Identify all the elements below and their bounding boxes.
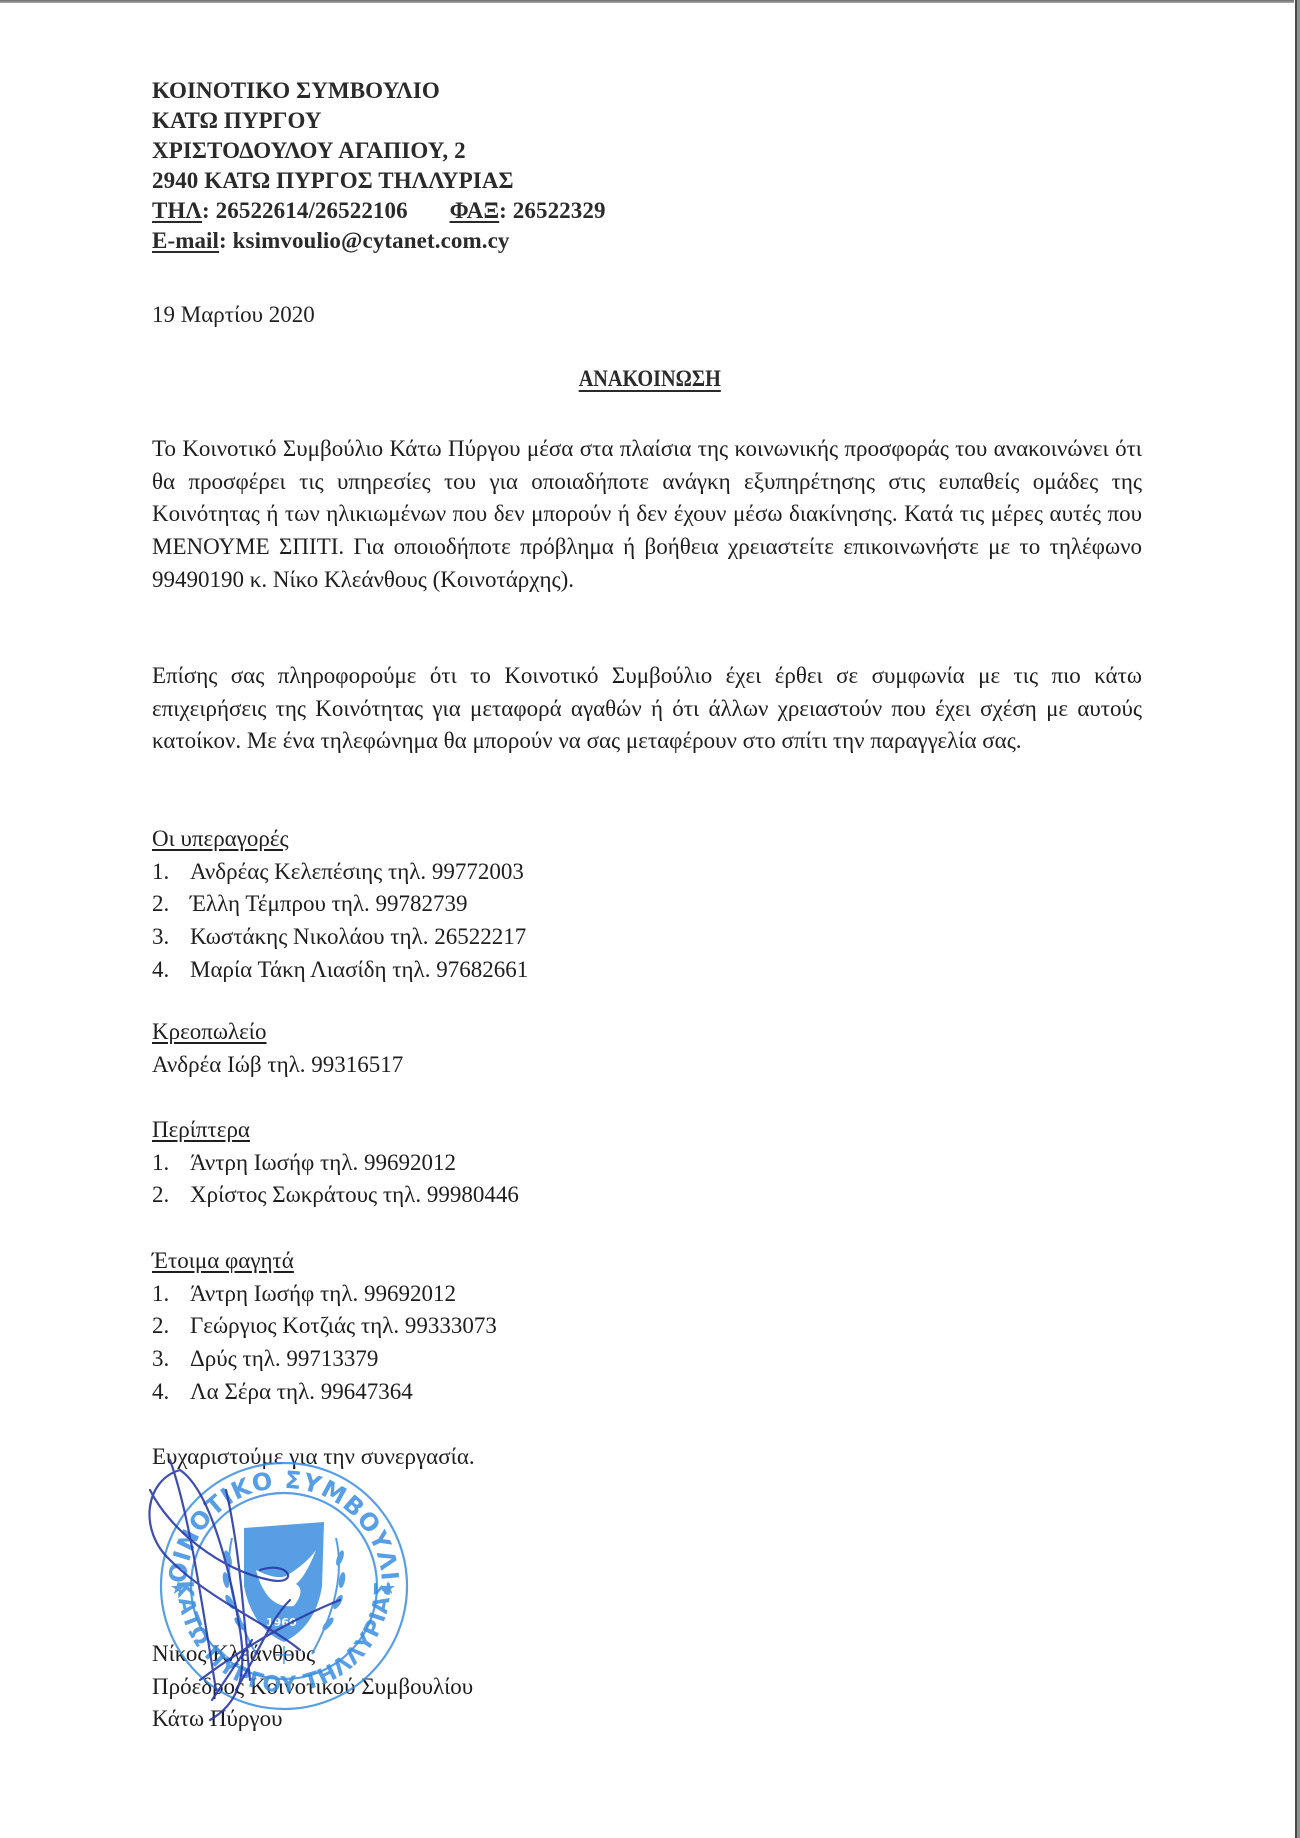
item-text: Κωστάκης Νικολάου τηλ. 26522217 (190, 924, 526, 949)
section-kiosks: Περίπτερα 1.Άντρη Ιωσήφ τηλ. 99692012 2.… (152, 1114, 519, 1212)
email-value: : ksimvoulio@cytanet.com.cy (219, 228, 509, 253)
list-item: 1.Ανδρέας Κελεπέσιης τηλ. 99772003 (152, 856, 528, 889)
email-label: E-mail (152, 228, 219, 253)
item-number: 1. (152, 1278, 190, 1311)
section-heading: Οι υπεραγορές (152, 823, 528, 856)
section-heading: Περίπτερα (152, 1114, 519, 1147)
letter-date: 19 Μαρτίου 2020 (152, 300, 315, 330)
contact-email: E-mail: ksimvoulio@cytanet.com.cy (152, 226, 606, 256)
section-butcher: Κρεοπωλείο Ανδρέα Ιώβ τηλ. 99316517 (152, 1016, 403, 1081)
item-text: Δρύς τηλ. 99713379 (190, 1346, 378, 1371)
item-text: Γεώργιος Κοτζιάς τηλ. 99333073 (190, 1313, 497, 1338)
section-supermarkets: Οι υπεραγορές 1.Ανδρέας Κελεπέσιης τηλ. … (152, 823, 528, 987)
svg-text:1960: 1960 (266, 1616, 297, 1629)
section-heading: Κρεοπωλείο (152, 1016, 403, 1049)
item-number: 2. (152, 888, 190, 921)
list-item: 3.Κωστάκης Νικολάου τηλ. 26522217 (152, 921, 528, 954)
signatory-role: Πρόεδρος Κοινοτικού Συμβουλίου (152, 1671, 473, 1704)
item-text: Λα Σέρα τηλ. 99647364 (190, 1379, 413, 1404)
closing-line: Ευχαριστούμε για την συνεργασία. (152, 1441, 475, 1473)
svg-text:★: ★ (170, 1578, 186, 1599)
document-page: ΚΟΙΝΟΤΙΚΟ ΣΥΜΒΟΥΛΙΟ ΚΑΤΩ ΠΥΡΓΟΥ ΧΡΙΣΤΟΔΟ… (0, 0, 1300, 1838)
fax: ΦΑΞ: 26522329 (450, 196, 606, 226)
phone-value: : 26522614/26522106 (202, 198, 408, 223)
document-title: ΑΝΑΚΟΙΝΩΣΗ (0, 366, 1300, 392)
address-city: 2940 ΚΑΤΩ ΠΥΡΓΟΣ ΤΗΛΛΥΡΙΑΣ (152, 166, 606, 196)
list-item: 3.Δρύς τηλ. 99713379 (152, 1343, 497, 1376)
list-item: 2.Έλλη Τέμπρου τηλ. 99782739 (152, 888, 528, 921)
svg-text:★: ★ (380, 1578, 396, 1599)
list-item: 2.Χρίστος Σωκράτους τηλ. 99980446 (152, 1179, 519, 1212)
section-heading: Έτοιμα φαγητά (152, 1245, 497, 1278)
fax-label: ΦΑΞ (450, 198, 500, 223)
contact-phone-fax: ΤΗΛ: 26522614/26522106 ΦΑΞ: 26522329 (152, 196, 606, 226)
item-text: Έλλη Τέμπρου τηλ. 99782739 (190, 891, 468, 916)
item-number: 3. (152, 1343, 190, 1376)
title-text: ΑΝΑΚΟΙΝΩΣΗ (579, 366, 721, 392)
section-ready-meals: Έτοιμα φαγητά 1.Άντρη Ιωσήφ τηλ. 9969201… (152, 1245, 497, 1409)
list-item: 4.Λα Σέρα τηλ. 99647364 (152, 1376, 497, 1409)
item-text: Χρίστος Σωκράτους τηλ. 99980446 (190, 1182, 519, 1207)
letterhead: ΚΟΙΝΟΤΙΚΟ ΣΥΜΒΟΥΛΙΟ ΚΑΤΩ ΠΥΡΓΟΥ ΧΡΙΣΤΟΔΟ… (152, 76, 606, 256)
item-number: 1. (152, 856, 190, 889)
paragraph-announcement: Το Κοινοτικό Συμβούλιο Κάτω Πύργου μέσα … (152, 433, 1142, 597)
paragraph-businesses: Επίσης σας πληροφορούμε ότι το Κοινοτικό… (152, 660, 1142, 758)
list-item: 1.Άντρη Ιωσήφ τηλ. 99692012 (152, 1278, 497, 1311)
item-number: 3. (152, 921, 190, 954)
org-name: ΚΟΙΝΟΤΙΚΟ ΣΥΜΒΟΥΛΙΟ (152, 76, 606, 106)
address-street: ΧΡΙΣΤΟΔΟΥΛΟΥ ΑΓΑΠΙΟΥ, 2 (152, 136, 606, 166)
svg-text:ΚΟΙΝΟΤΙΚΟ ΣΥΜΒΟΥΛΙΟ: ΚΟΙΝΟΤΙΚΟ ΣΥΜΒΟΥΛΙΟ (156, 1458, 404, 1584)
signature-block: Νίκος Κλεάνθους Πρόεδρος Κοινοτικού Συμβ… (152, 1638, 473, 1736)
list-item: 1.Άντρη Ιωσήφ τηλ. 99692012 (152, 1147, 519, 1180)
signatory-place: Κάτω Πύργου (152, 1703, 473, 1736)
item-text: Άντρη Ιωσήφ τηλ. 99692012 (190, 1150, 456, 1175)
fax-value: : 26522329 (499, 198, 605, 223)
item-number: 4. (152, 954, 190, 987)
item-number: 2. (152, 1310, 190, 1343)
list-item: 4.Μαρία Τάκη Λιασίδη τηλ. 97682661 (152, 954, 528, 987)
org-locality: ΚΑΤΩ ΠΥΡΓΟΥ (152, 106, 606, 136)
phone-label: ΤΗΛ (152, 198, 202, 223)
list-item: Ανδρέα Ιώβ τηλ. 99316517 (152, 1049, 403, 1082)
list-item: 2.Γεώργιος Κοτζιάς τηλ. 99333073 (152, 1310, 497, 1343)
signatory-name: Νίκος Κλεάνθους (152, 1638, 473, 1671)
item-number: 4. (152, 1376, 190, 1409)
item-number: 2. (152, 1179, 190, 1212)
item-text: Μαρία Τάκη Λιασίδη τηλ. 97682661 (190, 957, 528, 982)
item-text: Άντρη Ιωσήφ τηλ. 99692012 (190, 1281, 456, 1306)
item-text: Ανδρέας Κελεπέσιης τηλ. 99772003 (190, 859, 524, 884)
item-number: 1. (152, 1147, 190, 1180)
